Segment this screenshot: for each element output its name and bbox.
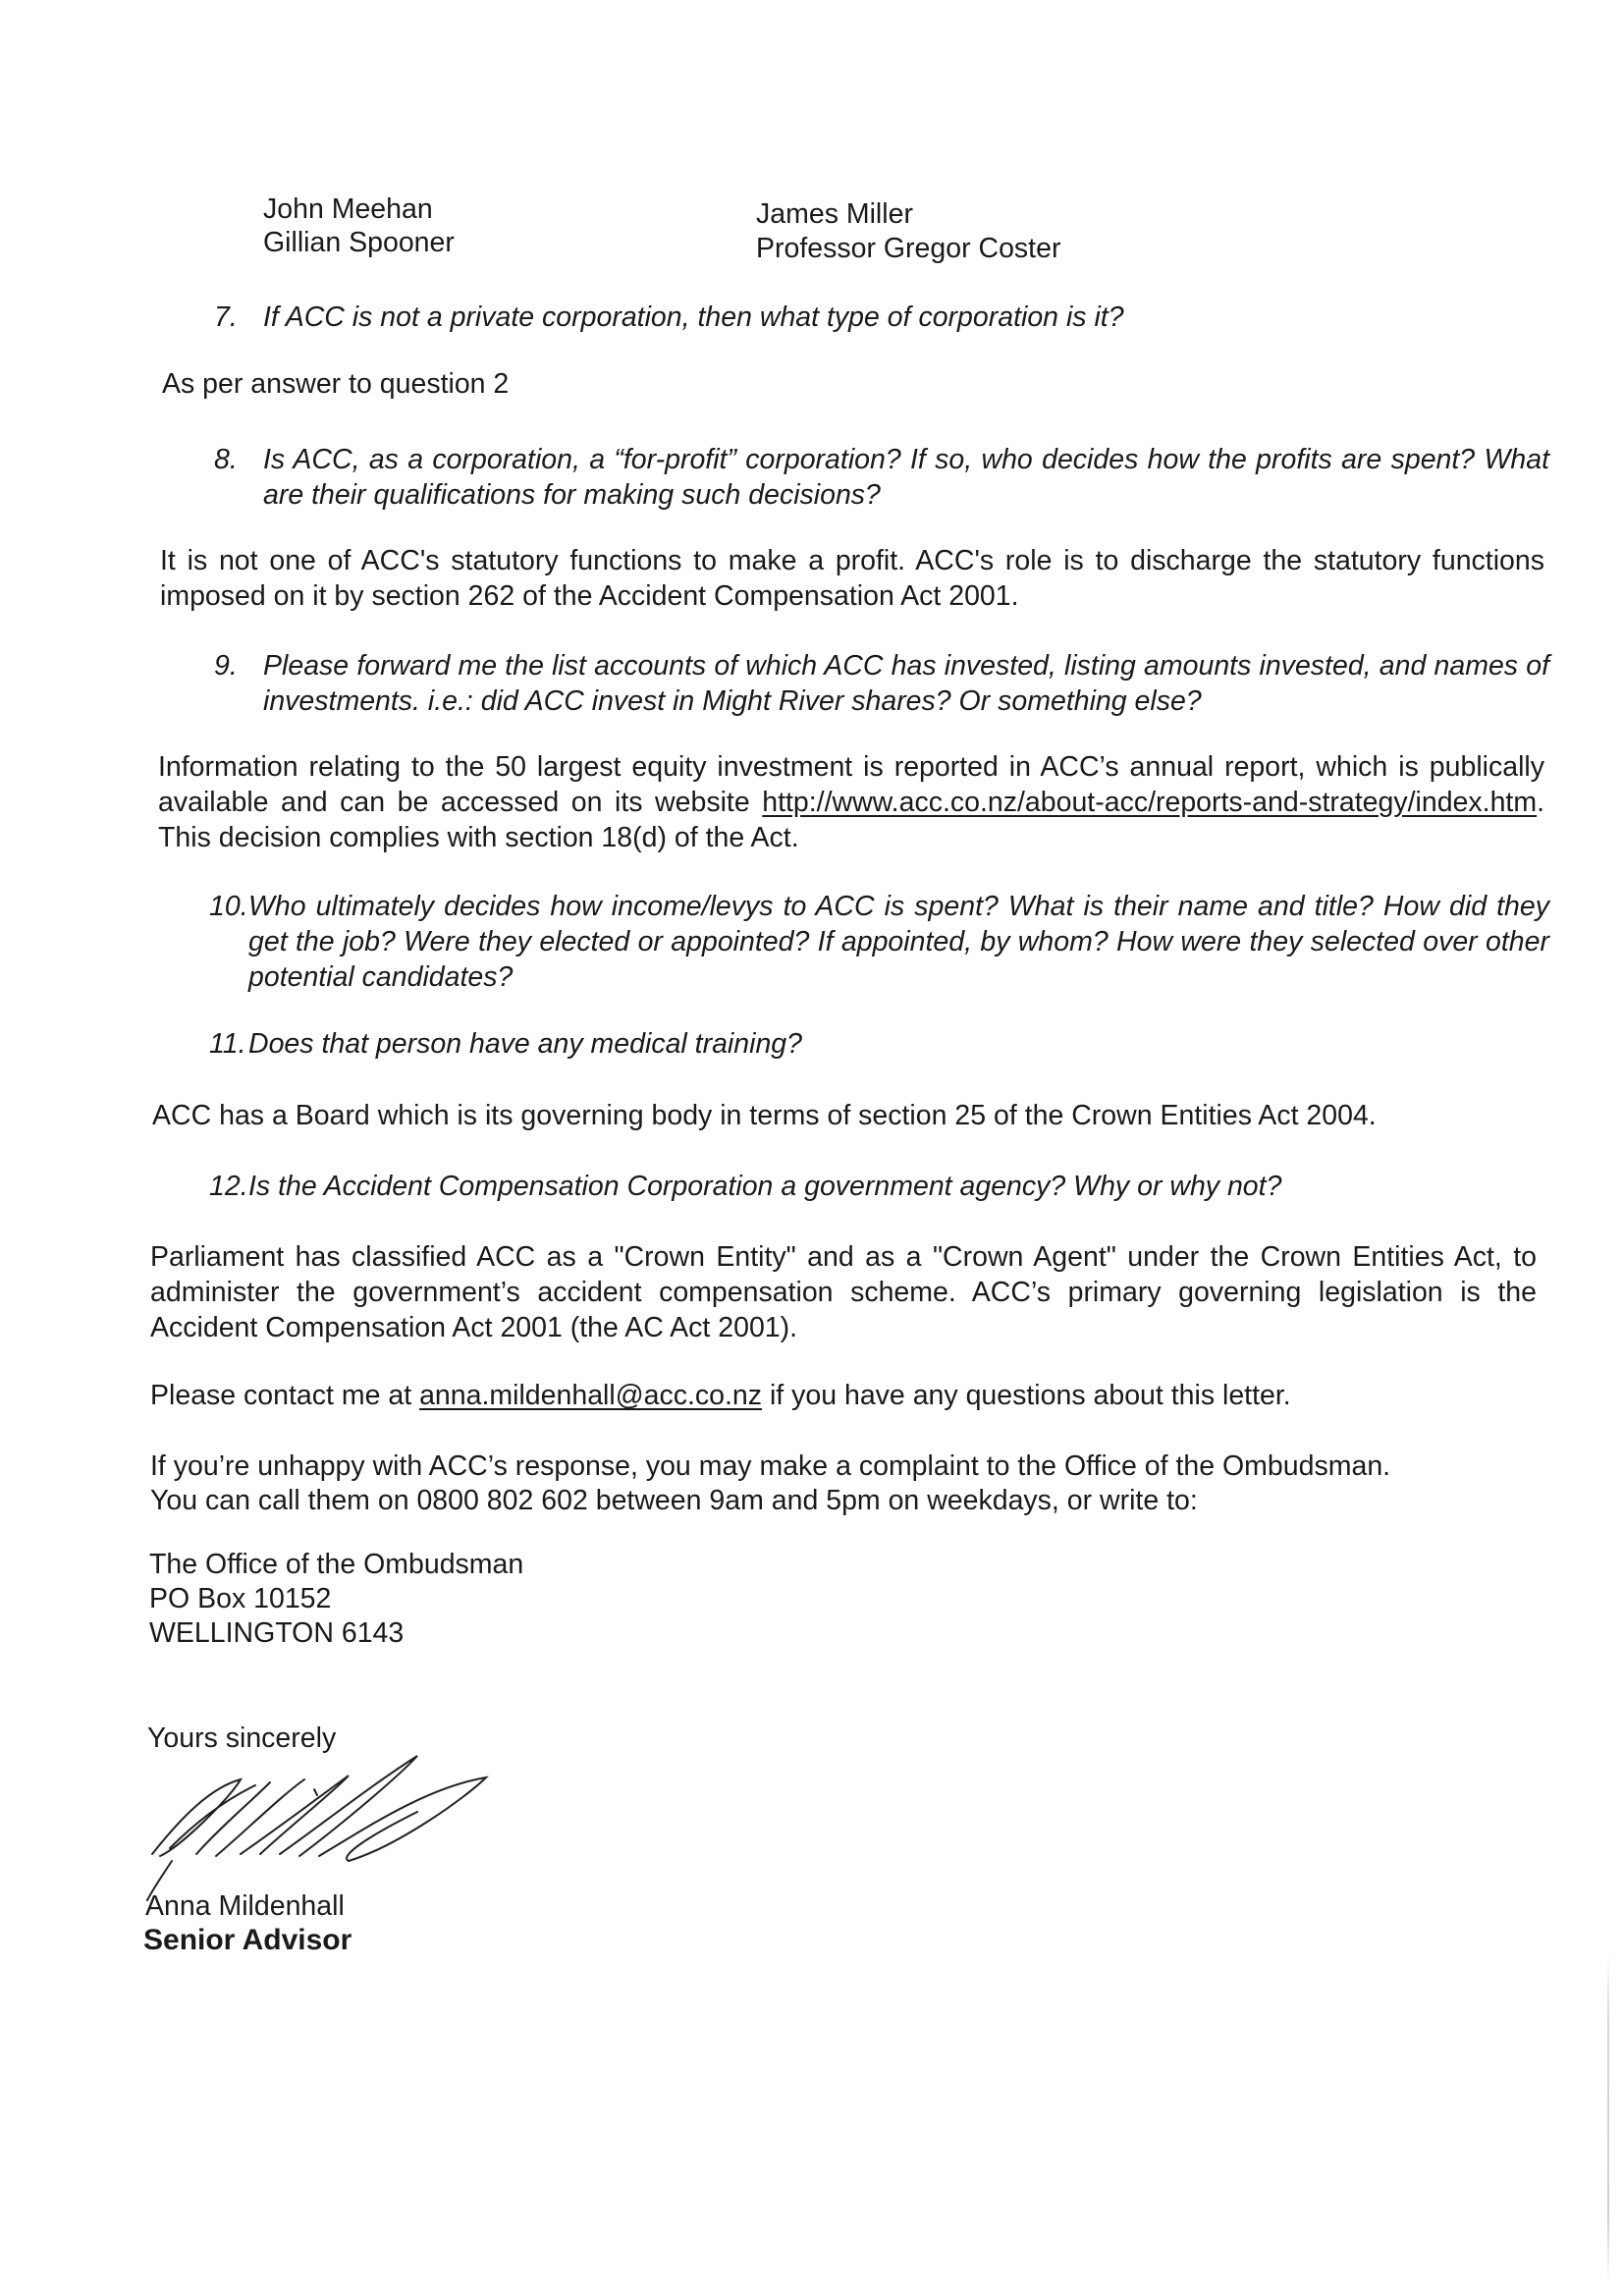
ombudsman-address-line: The Office of the Ombudsman — [149, 1547, 523, 1582]
contact-text: Please contact me at — [150, 1380, 419, 1411]
question-number: 12. — [209, 1169, 248, 1204]
question-number: 8. — [214, 442, 238, 477]
question-number: 11. — [209, 1026, 246, 1062]
contact-email-link[interactable]: anna.mildenhall@acc.co.nz — [419, 1380, 762, 1411]
complaint-line: If you’re unhappy with ACC’s response, y… — [150, 1449, 1390, 1484]
answer-8: It is not one of ACC's statutory functio… — [160, 543, 1544, 614]
board-member-name: John Meehan — [263, 191, 433, 227]
question-text: If ACC is not a private corporation, the… — [263, 300, 1549, 335]
answer-7: As per answer to question 2 — [162, 366, 509, 402]
signatory-name: Anna Mildenhall — [145, 1888, 345, 1924]
complaint-line: You can call them on 0800 802 602 betwee… — [150, 1483, 1198, 1518]
question-number: 9. — [214, 648, 238, 683]
signatory-title: Senior Advisor — [143, 1923, 352, 1958]
ombudsman-address-line: PO Box 10152 — [149, 1581, 331, 1616]
question-text: Is ACC, as a corporation, a “for-profit”… — [263, 442, 1549, 513]
answer-10-11: ACC has a Board which is its governing b… — [152, 1098, 1377, 1133]
board-member-name: James Miller — [756, 196, 913, 232]
letter-page: John Meehan Gillian Spooner James Miller… — [0, 0, 1623, 2296]
question-8: 8. Is ACC, as a corporation, a “for-prof… — [214, 442, 1549, 513]
board-member-name: Professor Gregor Coster — [756, 231, 1060, 266]
question-12: 12. Is the Accident Compensation Corpora… — [209, 1169, 1549, 1204]
ombudsman-address-line: WELLINGTON 6143 — [149, 1615, 404, 1651]
contact-text: if you have any questions about this let… — [762, 1380, 1291, 1411]
handwritten-signature — [142, 1728, 496, 1915]
question-text: Please forward me the list accounts of w… — [263, 648, 1549, 719]
answer-9: Information relating to the 50 largest e… — [158, 749, 1544, 855]
question-number: 10. — [209, 889, 248, 924]
answer-12: Parliament has classified ACC as a "Crow… — [150, 1239, 1537, 1345]
question-text: Does that person have any medical traini… — [248, 1026, 1549, 1062]
question-7: 7. If ACC is not a private corporation, … — [214, 300, 1549, 335]
question-9: 9. Please forward me the list accounts o… — [214, 648, 1549, 719]
question-11: 11. Does that person have any medical tr… — [209, 1026, 1549, 1062]
annual-report-link[interactable]: http://www.acc.co.nz/about-acc/reports-a… — [762, 787, 1537, 818]
question-10: 10. Who ultimately decides how income/le… — [209, 889, 1549, 995]
board-member-name: Gillian Spooner — [263, 225, 455, 260]
question-text: Is the Accident Compensation Corporation… — [248, 1169, 1549, 1204]
question-text: Who ultimately decides how income/levys … — [248, 889, 1549, 995]
question-number: 7. — [214, 300, 238, 335]
scan-edge-line — [1607, 1954, 1609, 2283]
contact-paragraph: Please contact me at anna.mildenhall@acc… — [150, 1378, 1291, 1413]
